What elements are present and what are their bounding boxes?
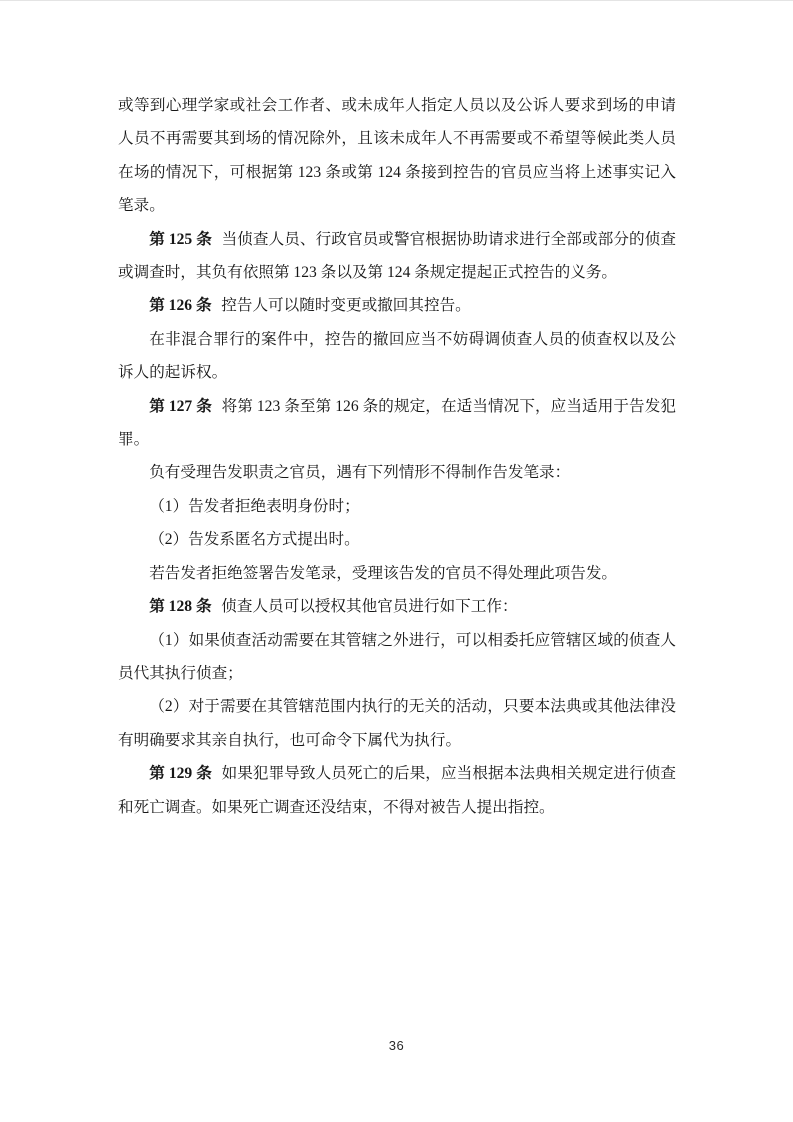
article-number: 第 125 条 [149,231,212,248]
paragraph-text: 若告发者拒绝签署告发笔录，受理该告发的官员不得处理此项告发。 [149,565,617,582]
body-paragraph: 负有受理告发职责之官员，遇有下列情形不得制作告发笔录： [118,456,676,489]
body-paragraph: （1）告发者拒绝表明身份时； [118,490,676,523]
article-number: 第 126 条 [149,297,211,314]
body-paragraph: 在非混合罪行的案件中，控告的撤回应当不妨碍调侦查人员的侦查权以及公诉人的起诉权。 [118,323,676,390]
document-page: 或等到心理学家或社会工作者、或未成年人指定人员以及公诉人要求到场的申请人员不再需… [0,1,793,1122]
paragraph-text: 控告人可以随时变更或撤回其控告。 [221,297,471,314]
article-paragraph: 第 127 条将第 123 条至第 126 条的规定，在适当情况下，应当适用于告… [118,390,676,457]
paragraph-text: （1）告发者拒绝表明身份时； [149,498,360,515]
paragraph-text: 或等到心理学家或社会工作者、或未成年人指定人员以及公诉人要求到场的申请人员不再需… [118,97,676,214]
article-paragraph: 第 126 条控告人可以随时变更或撤回其控告。 [118,289,676,322]
page-footer: 36 [0,1037,793,1055]
paragraph-text: （1）如果侦查活动需要在其管辖之外进行，可以相委托应管辖区域的侦查人员代其执行侦… [118,632,676,682]
paragraph-text: 负有受理告发职责之官员，遇有下列情形不得制作告发笔录： [149,464,570,481]
article-number: 第 129 条 [149,765,212,782]
article-paragraph: 第 125 条当侦查人员、行政官员或警官根据协助请求进行全部或部分的侦查或调查时… [118,223,676,290]
paragraph-text: （2）告发系匿名方式提出时。 [149,531,360,548]
article-number: 第 128 条 [149,598,211,615]
body-paragraph: （2）告发系匿名方式提出时。 [118,523,676,556]
body-paragraph: （1）如果侦查活动需要在其管辖之外进行，可以相委托应管辖区域的侦查人员代其执行侦… [118,624,676,691]
paragraph-text: （2）对于需要在其管辖范围内执行的无关的活动，只要本法典或其他法律没有明确要求其… [118,698,676,748]
body-paragraph: （2）对于需要在其管辖范围内执行的无关的活动，只要本法典或其他法律没有明确要求其… [118,690,676,757]
text-block: 或等到心理学家或社会工作者、或未成年人指定人员以及公诉人要求到场的申请人员不再需… [118,89,676,824]
paragraph-text: 在非混合罪行的案件中，控告的撤回应当不妨碍调侦查人员的侦查权以及公诉人的起诉权。 [118,331,676,381]
paragraph-text: 侦查人员可以授权其他官员进行如下工作： [221,598,517,615]
article-paragraph: 第 128 条侦查人员可以授权其他官员进行如下工作： [118,590,676,623]
page-number: 36 [389,1038,404,1053]
body-paragraph: 若告发者拒绝签署告发笔录，受理该告发的官员不得处理此项告发。 [118,557,676,590]
article-paragraph: 第 129 条如果犯罪导致人员死亡的后果，应当根据本法典相关规定进行侦查和死亡调… [118,757,676,824]
body-paragraph: 或等到心理学家或社会工作者、或未成年人指定人员以及公诉人要求到场的申请人员不再需… [118,89,676,223]
article-number: 第 127 条 [149,398,212,415]
